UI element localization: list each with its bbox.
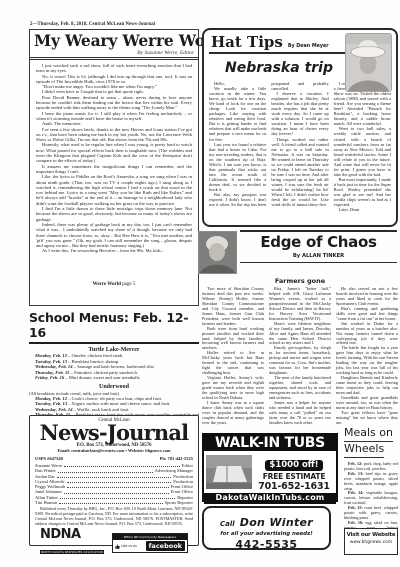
walk-in-tubs-ad-title: WALK-IN TUBS [204,435,336,451]
article-paragraph: I deserve a vacation. I explained that t… [271,91,328,136]
article-paragraph: Family get-togethers, by sleigh in far a… [269,346,331,376]
staff-list: Suzanne WerreEditorDan WinterAdvertising… [35,463,193,505]
don-winter-ad: Call Don Winter for all your advertising… [202,506,331,550]
walk-in-tubs-ad: WALK-IN TUBS $1000 off! FREE ESTIMATE 70… [202,433,338,502]
facebook-badge-row: Like us on facebook [113,540,187,552]
edge-of-chaos-title: Edge of Chaos [240,235,397,250]
article-paragraph: Virginia Hoffer, Sonny's wife, gave me m… [202,376,264,401]
facebook-logo: facebook [146,541,185,551]
jump-line-series: Werre World [93,282,121,287]
meals-title-line1: Meals on [344,426,393,442]
article-paragraph: Poor David Banner, destined to roam – al… [36,95,192,111]
hat-tips-header: Hat Tips By Dean Meyer [209,33,347,54]
website-url: www.bhgnews.com [345,540,397,545]
thumbs-up-icon [115,544,120,549]
ndna-logo-subtext: NORTH DAKOTA NEWSPAPER ASSOCIATION [40,550,104,554]
article-paragraph: Later, Dean [334,207,391,212]
article-paragraph: Haas's were lifetime neighbors of my fam… [269,322,331,347]
ndna-logo-text: NDNA [40,529,104,540]
masthead-contact: Email: centralmclean@westriv.com • Websi… [35,448,193,453]
article-paragraph: Things worked out rather well. A friend … [271,137,328,208]
don-winter-phone: 442-5535 [204,538,329,551]
don-winter-tagline: for all your advertising needs! [204,531,329,537]
article-paragraph: James was a helper for anyone who needed… [269,401,331,426]
werre-world-paragraphs: I just watched such a sad show, full of … [36,63,192,281]
page-folio: 2—Thursday, Feb. 8, 2018, Central McLean… [30,22,155,27]
visit-website-text: Visit our Website [345,532,397,538]
werre-world-article: My Weary Werre World By Suzanne Werre, E… [29,29,199,306]
hat-tips-article: Hat Tips By Dean Meyer Nebraska trip Hel… [202,28,398,227]
article-paragraph: Last year we found a relative that had a… [209,142,266,192]
meals-on-wheels-section: Meals on Wheels Feb. 12: pork chop, baby… [344,426,398,536]
article-paragraph: I've seen a few shows lately, thanks to … [36,127,192,143]
werre-world-body: I just watched such a sad show, full of … [30,60,198,290]
don-winter-name: Don Winter [240,516,313,529]
article-paragraph: No, it wasn't This is Us (although I did… [36,74,192,85]
article-paragraph: Indeed, there was plenty of garbage back… [36,222,192,248]
werre-world-byline: By Suzanne Werre, Editor [34,50,194,56]
thumbs-up-icon: Like us on [115,544,137,549]
walk-in-tubs-ad-middle: $1000 off! FREE ESTIMATE 701-652-1631 [204,451,336,493]
usps-number: USPS #647540 [35,456,63,461]
article-paragraph: Rita's canning and gardening skills were… [336,307,398,322]
school-menus-title: School Menus: Feb. 12-16 [29,310,199,344]
article-paragraph: I knew Sonny was in a square dance club … [202,401,264,426]
article-paragraph: I find I'm a little drawn to these littl… [36,206,192,222]
edge-of-chaos-headline: Farmers gone [202,277,398,285]
meal-item: Feb. 15: roast beef, whipped potato with… [344,506,398,521]
werre-world-masthead: My Weary Werre World By Suzanne Werre, E… [30,30,198,60]
article-paragraph: Hoffer retired to live in McClusky years… [202,351,264,376]
jump-line: Werre World page 5 [36,282,192,287]
article-paragraph: We usually take a little vacation in the… [209,86,266,142]
newspaper-masthead-box: Central McLean News-Journal P.O. Box 573… [29,415,199,546]
meal-item: Feb. 13: beef tips in gravy over whipped… [344,472,398,492]
ndna-logo: NDNA NORTH DAKOTA NEWSPAPER ASSOCIATION [40,529,104,558]
meal-item: Feb. 14: vegetable lasagna, carrots, let… [344,491,398,506]
allan-tinker-portrait [198,231,237,274]
article-paragraph: I have the piano music for it. I still p… [36,111,192,122]
article-paragraph: Both were from hard working pioneer fami… [202,327,264,352]
article-paragraph: Went to two bull sales, a weekly cattle … [334,126,391,176]
tubs-website-url: DakotaWalkInTubs.com [204,493,336,504]
masthead-logos-row: NDNA NORTH DAKOTA NEWSPAPER ASSOCIATION … [35,529,193,558]
menu-school-name: Underwood [29,384,199,390]
article-paragraph: The battle Jim fought for a year gave hi… [336,346,398,376]
edge-of-chaos-byline: By ALLAN TINKER [240,253,397,259]
hat-tips-title: Hat Tips [211,33,283,51]
school-menus-section: School Menus: Feb. 12-16 Turtle Lake-Mer… [29,310,199,429]
article-paragraph: It amazes me sometimes the insignificant… [36,164,192,175]
facebook-like-text: Like us on [121,544,137,548]
masthead-name: News-Journal [35,423,193,442]
article-paragraph: Like, the lyrics to Fiddler on the Roof'… [36,174,192,206]
edge-of-chaos-body: Two more of Sheridan County farmers died… [202,287,398,430]
don-winter-call-text: Call [220,520,235,528]
hat-tips-body: Hello,We usually take a little vacation … [209,81,391,222]
article-paragraph: Two great fellows have "gone missing" bu… [336,411,398,426]
article-paragraph: Daughters Brenda and Kimberly came home … [336,376,398,396]
hat-tips-headline: Nebraska trip [209,60,349,76]
article-paragraph: Rita, James's "better half," helped with… [269,287,331,322]
menu-item: Friday, Feb. 16 – Mini donuts; sweet and… [29,375,199,381]
article-paragraph: But most importantly, I made it back jus… [334,177,391,207]
meals-title-line2: Wheels [344,442,384,458]
article-paragraph: I just watched such a sad show, full of … [36,63,192,74]
article-paragraph: Two more of Sheridan County farmers died… [202,287,264,327]
discount-badge: $1000 off! [265,460,322,471]
meals-on-wheels-list: Feb. 12: pork chop, baby red potato, bro… [344,462,398,536]
hat-tips-byline: By Dean Meyer [288,44,329,49]
don-winter-ad-line1: Call Don Winter [204,511,329,530]
werre-world-title: My Weary Werre World [34,32,194,49]
article-paragraph: Honestly, what used to be regular fare w… [36,142,192,163]
newspaper-page-scan: 2—Thursday, Feb. 8, 2018, Central McLean… [0,0,400,567]
article-paragraph: He also served on not a few boards invol… [336,287,398,307]
dean-meyer-cowboy-portrait [345,33,392,92]
meals-on-wheels-title: Meals on Wheels [344,426,398,458]
turtle-lake-menu-list: Monday, Feb. 12 – Omelet; chicken fried … [29,353,199,381]
facebook-badge: BHG's ND Community Newspapers Like us on… [112,533,188,553]
visit-website-box: Visit our Website www.bhgnews.com [344,528,398,555]
jump-line-page: page 5 [122,282,135,287]
walk-in-tubs-ad-offer-block: $1000 off! FREE ESTIMATE 701-652-1631 [254,452,334,492]
staff-row: Tim HansonSports Reporter [35,500,193,505]
edge-of-chaos-header: Edge of Chaos By ALLAN TINKER [240,230,397,263]
tubs-phone-number: 701-652-1631 [254,481,334,492]
publisher-note: Published every Thursday by BHG, Inc., P… [35,507,193,526]
article-paragraph: Jim worked in Drake for a number of year… [336,322,398,347]
phone-number: Ph: 701-442-5525 [160,456,193,461]
article-paragraph: As I write this, I'm rewatching Hercules… [36,248,192,253]
free-estimate-text: FREE ESTIMATE [254,472,334,481]
article-paragraph: Grandkids and great grandkids were aroun… [336,396,398,411]
masthead-meta-row: USPS #647540 Ph: 701-442-5525 [35,456,193,461]
bathtub-photo [206,455,252,489]
article-paragraph: The men of the family butchered together… [269,376,331,401]
